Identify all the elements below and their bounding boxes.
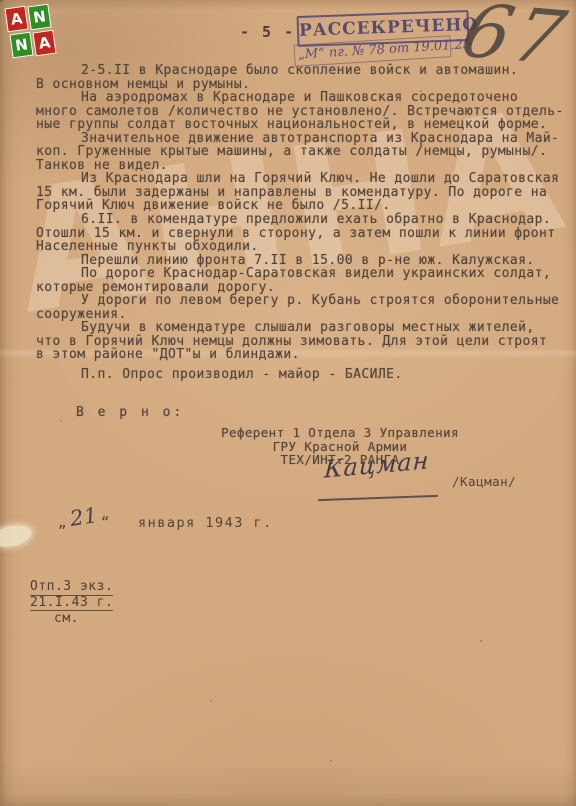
signer-title-line1: Референт 1 Отдела 3 Управления	[212, 426, 468, 440]
date-line: „ 21 “ января 1943 г.	[58, 508, 273, 532]
body-line: Населенные пункты обходили.	[36, 240, 572, 254]
anna-logo: A N N A	[4, 3, 66, 61]
body-line: Значительное движение автотранспорта из …	[36, 132, 572, 146]
logo-tile-n1: N	[27, 4, 51, 31]
body-line: ные группы солдат восточных национальнос…	[36, 118, 572, 132]
signature-underline	[318, 495, 438, 501]
typist-footer: Отп.3 экз. 21.I.43 г. см.	[30, 580, 113, 627]
body-line: 6.II. в комендатуре предложили ехать обр…	[36, 213, 572, 227]
logo-tile-a2: A	[32, 30, 56, 57]
typist-initials: см.	[30, 611, 113, 627]
handwritten-day: 21	[68, 503, 99, 531]
body-line: У дороги по левом берегу р. Кубань строя…	[36, 294, 572, 308]
body-line: Из Краснодара шли на Горячий Ключ. Не до…	[36, 172, 572, 186]
page-number: - 5 -	[240, 23, 295, 41]
date-month-year: января 1943 г.	[138, 515, 273, 531]
body-line: в этом районе "ДОТ"ы и блиндажи.	[36, 348, 572, 362]
body-line: Будучи в комендатуре слышали разговоры м…	[36, 321, 572, 335]
document-page: АННА A N N A - 5 - РАССЕКРЕЧЕНО „М“ пг. …	[0, 0, 576, 806]
body-line: На аэродромах в Краснодаре и Пашковская …	[36, 91, 572, 105]
body-line: В основном немцы и румыны.	[36, 78, 572, 92]
document-body: 2-5.II в Краснодаре было скопление войск…	[36, 64, 572, 419]
body-line: Перешли линию фронта 7.II в 15.00 в р-не…	[36, 254, 572, 268]
logo-tile-a1: A	[4, 6, 28, 33]
typing-date: 21.I.43 г.	[30, 596, 113, 612]
certified-true-label: В е р н о:	[36, 406, 572, 420]
date-open-quote: „	[58, 515, 67, 531]
paper-tear	[0, 522, 34, 550]
copies-note: Отп.3 экз.	[30, 580, 113, 596]
date-close-quote: “	[101, 515, 110, 531]
body-line: Горячий Ключ движение войск не было /5.I…	[36, 199, 572, 213]
body-line: По дороге Краснодар-Саратовская видели у…	[36, 267, 572, 281]
body-line: 2-5.II в Краснодаре было скопление войск…	[36, 64, 572, 78]
body-line: коп. Груженные крытые машины, а также со…	[36, 145, 572, 159]
logo-tile-n2: N	[9, 32, 33, 59]
interrogator-line: П.п. Опрос производил - майор - БАСИЛЕ.	[36, 368, 572, 382]
typed-signer-name: /Кацман/	[452, 474, 516, 489]
